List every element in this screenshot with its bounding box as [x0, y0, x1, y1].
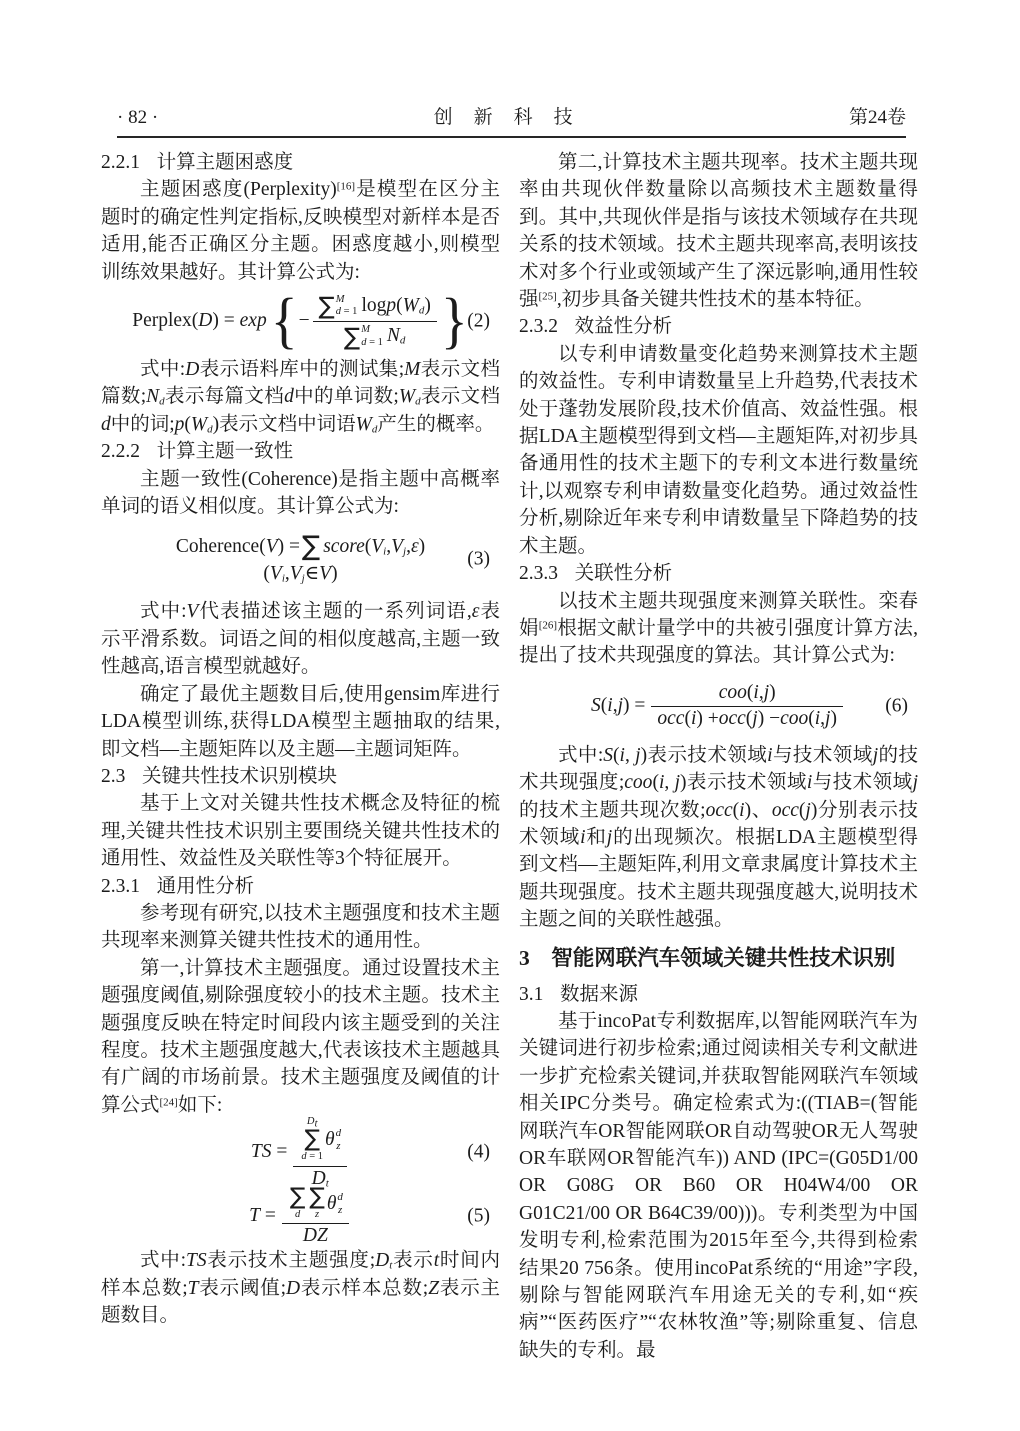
journal-title: 创 新 科 技	[434, 107, 574, 129]
section-heading-2-2-2: 2.2.2计算主题一致性	[101, 438, 500, 465]
formula-lhs: S(i,j) =	[591, 692, 645, 719]
paragraph-lda-training: 确定了最优主题数目后,使用gensim库进行LDA模型训练,获得LDA模型主题抽…	[101, 681, 500, 763]
article-body: 2.2.1计算主题困惑度 主题困惑度(Perplexity)[16]是模型在区分…	[101, 149, 918, 1364]
fraction: ∑Md = 1log p(Wd) ∑Md = 1Nd	[313, 293, 437, 349]
formula-cooccurrence-strength: S(i,j) = coo(i,j) occ(i) + occ(j) − coo(…	[519, 670, 918, 742]
section-heading-2-2-1: 2.2.1计算主题困惑度	[101, 149, 500, 176]
paragraph-benefit-analysis: 以专利申请数量变化趋势来测算技术主题的效益性。专利申请数量呈上升趋势,代表技术处…	[519, 341, 918, 560]
section-heading-2-3-3: 2.3.3关联性分析	[519, 560, 918, 587]
fraction: ∑d∑zθdz DZ	[282, 1185, 349, 1247]
formula-coherence: Coherence(V) = ∑score(Vi, Vj, ε) (Vi, Vj…	[101, 520, 500, 598]
formula-lhs: T =	[249, 1202, 276, 1229]
paragraph-perplexity-intro: 主题困惑度(Perplexity)[16]是模型在区分主题时的确定性判定指标,反…	[101, 176, 500, 286]
equation-number: (5)	[467, 1202, 490, 1229]
paragraph-coherence-terms: 式中:V代表描述该主题的一系列词语,ε表示平滑系数。词语之间的相似度越高,主题一…	[101, 598, 500, 680]
formula-perplexity: Perplex(D) = exp { − ∑Md = 1log p(Wd) ∑M…	[101, 286, 500, 356]
paragraph-data-source: 基于incoPat专利数据库,以智能网联汽车为关键词进行初步检索;通过阅读相关专…	[519, 1008, 918, 1364]
formula-topic-strength: TS = Dt∑d = 1θdz Dt (4)	[101, 1119, 500, 1185]
section-heading-2-3-1: 2.3.1通用性分析	[101, 873, 500, 900]
formula-lhs: TS =	[251, 1138, 287, 1165]
fraction: coo(i,j) occ(i) + occ(j) − coo(i,j)	[651, 682, 843, 729]
right-column: 第二,计算技术主题共现率。技术主题共现率由共现伙伴数量除以高频技术主题数量得到。…	[519, 149, 918, 1364]
paragraph-cooccurrence-rate: 第二,计算技术主题共现率。技术主题共现率由共现伙伴数量除以高频技术主题数量得到。…	[519, 149, 918, 313]
equation-number: (2)	[467, 307, 490, 334]
formula-line-1: Coherence(V) = ∑score(Vi, Vj, ε)	[176, 533, 425, 560]
left-brace: {	[270, 290, 299, 353]
right-brace: }	[440, 290, 469, 353]
section-heading-2-3: 2.3关键共性技术识别模块	[101, 763, 500, 790]
equation-number: (6)	[885, 692, 908, 719]
paragraph-kct-module: 基于上文对关键共性技术概念及特征的梳理,关键共性技术识别主要围绕关键共性技术的通…	[101, 790, 500, 872]
left-column: 2.2.1计算主题困惑度 主题困惑度(Perplexity)[16]是模型在区分…	[101, 149, 500, 1364]
volume-label: 第24卷	[849, 107, 906, 129]
formula-line-2: (Vi, Vj ∈ V)	[263, 561, 337, 586]
fraction: Dt∑d = 1θdz Dt	[293, 1115, 347, 1189]
equation-number: (3)	[467, 546, 490, 573]
paragraph-perplexity-terms: 式中:D表示语料库中的测试集;M表示文档篇数;Nd表示每篇文档d中的单词数;Wd…	[101, 356, 500, 438]
section-heading-3-1: 3.1数据来源	[519, 981, 918, 1008]
formula-lhs: Perplex(D) = exp	[132, 307, 266, 334]
minus-sign: −	[299, 307, 310, 334]
paragraph-topic-strength: 第一,计算技术主题强度。通过设置技术主题强度阈值,剔除强度较小的技术主题。技术主…	[101, 955, 500, 1119]
formula-threshold: T = ∑d∑zθdz DZ (5)	[101, 1185, 500, 1247]
paragraph-generality-intro: 参考现有研究,以技术主题强度和技术主题共现率来测算关键共性技术的通用性。	[101, 900, 500, 955]
paragraph-strength-terms: 式中:TS表示技术主题强度;Dt表示t时间内样本总数;T表示阈值;D表示样本总数…	[101, 1247, 500, 1329]
equation-number: (4)	[467, 1138, 490, 1165]
section-heading-3: 3智能网联汽车领域关键共性技术识别	[519, 943, 918, 974]
running-head: · 82 · 创 新 科 技 第24卷	[117, 107, 906, 138]
journal-page: · 82 · 创 新 科 技 第24卷 2.2.1计算主题困惑度 主题困惑度(P…	[0, 0, 1020, 1431]
paragraph-cooccurrence-terms: 式中:S(i, j)表示技术领域i与技术领域j的技术共现强度;coo(i, j)…	[519, 742, 918, 934]
page-number: · 82 ·	[117, 107, 158, 129]
paragraph-coherence-intro: 主题一致性(Coherence)是指主题中高概率单词的语义相似度。其计算公式为:	[101, 466, 500, 521]
paragraph-relevance-intro: 以技术主题共现强度来测算关联性。栾春娟[26]根据文献计量学中的共被引强度计算方…	[519, 588, 918, 670]
section-heading-2-3-2: 2.3.2效益性分析	[519, 313, 918, 340]
